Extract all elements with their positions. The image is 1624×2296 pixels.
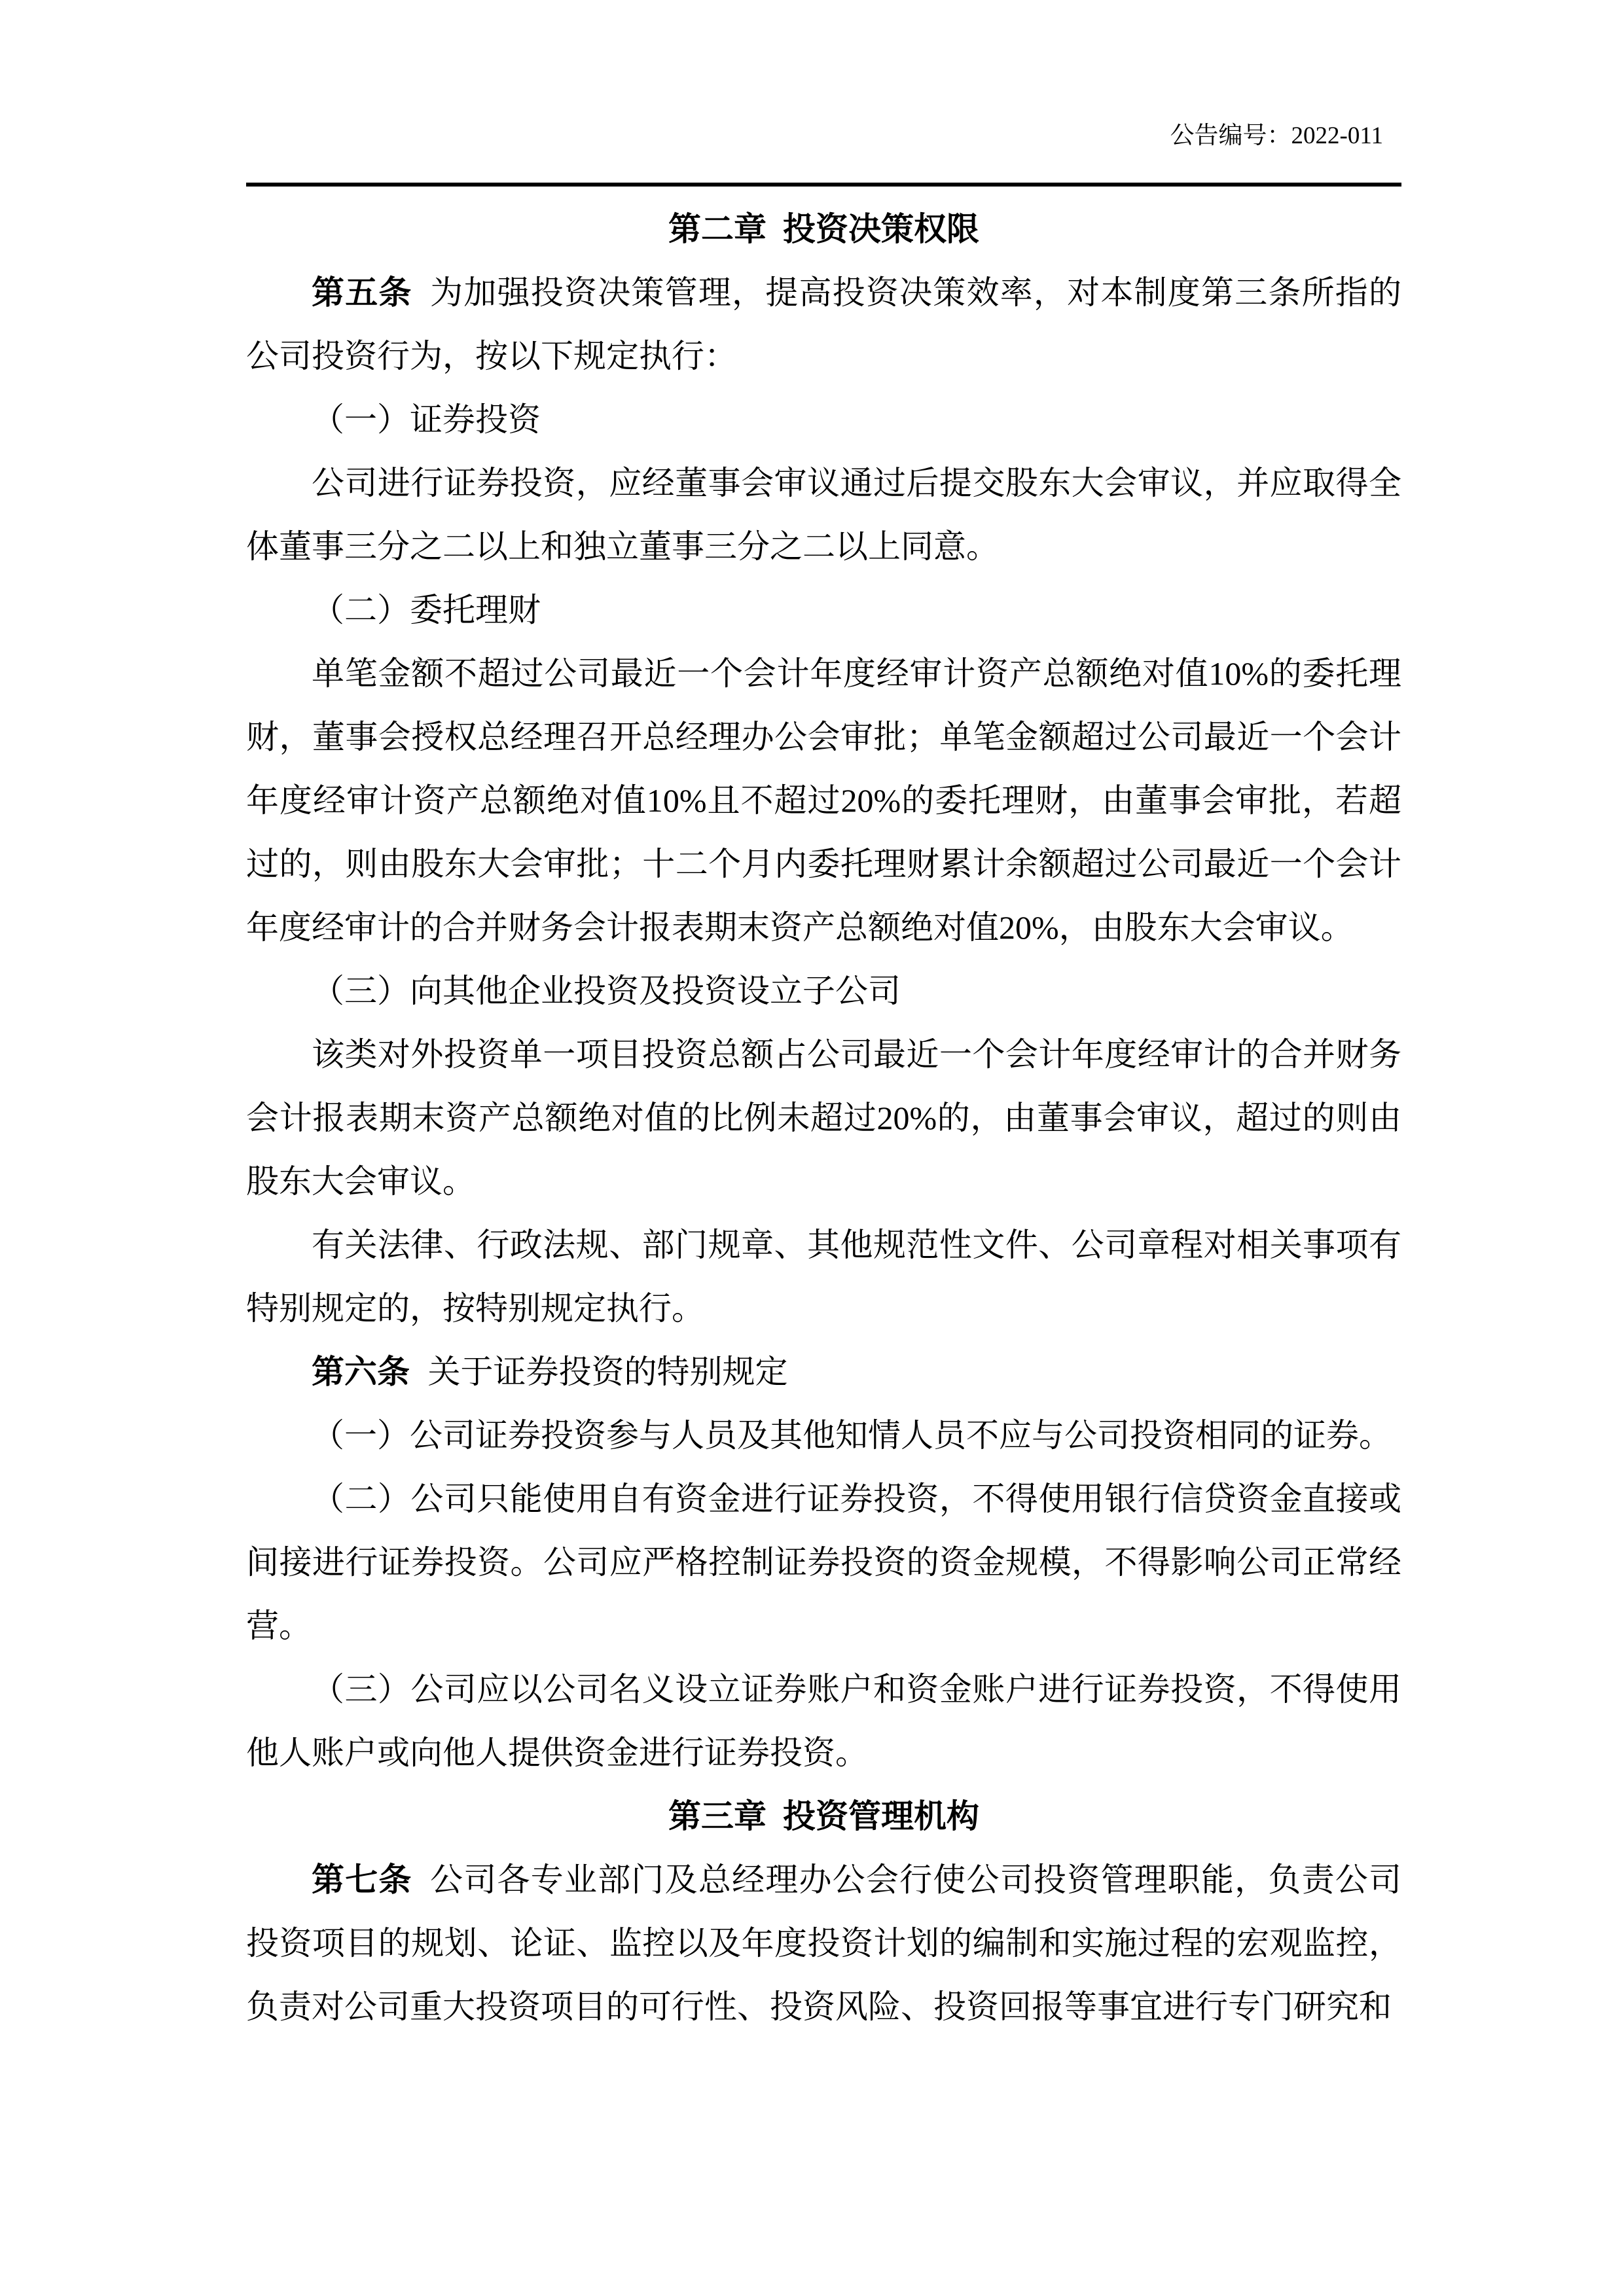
body-paragraph: （二）公司只能使用自有资金进行证券投资，不得使用银行信贷资金直接或间接进行证券投… — [246, 1467, 1401, 1658]
article-clause-7: 第七条公司各专业部门及总经理办公会行使公司投资管理职能，负责公司投资项目的规划、… — [246, 1848, 1401, 2039]
body-paragraph: 有关法律、行政法规、部门规章、其他规范性文件、公司章程对相关事项有特别规定的，按… — [246, 1213, 1401, 1340]
document-page: 公告编号：2022-011 第二章 投资决策权限 第五条为加强投资决策管理，提高… — [0, 0, 1624, 2296]
article-number: 第七条 — [312, 1861, 412, 1898]
body-paragraph: （三）公司应以公司名义设立证券账户和资金账户进行证券投资，不得使用他人账户或向他… — [246, 1658, 1401, 1785]
article-number: 第六条 — [312, 1354, 410, 1390]
document-body: 第二章 投资决策权限 第五条为加强投资决策管理，提高投资决策效率，对本制度第三条… — [246, 198, 1401, 2039]
article-number: 第五条 — [312, 274, 412, 311]
article-text: 关于证券投资的特别规定 — [428, 1354, 788, 1390]
article-text: 公司各专业部门及总经理办公会行使公司投资管理职能，负责公司投资项目的规划、论证、… — [246, 1861, 1401, 2025]
chapter-heading-2: 第二章 投资决策权限 — [246, 198, 1401, 261]
article-text: 为加强投资决策管理，提高投资决策效率，对本制度第三条所指的公司投资行为，按以下规… — [246, 274, 1401, 374]
article-clause-6: 第六条关于证券投资的特别规定 — [246, 1340, 1401, 1404]
body-paragraph: 公司进行证券投资，应经董事会审议通过后提交股东大会审议，并应取得全体董事三分之二… — [246, 452, 1401, 579]
chapter-heading-3: 第三章 投资管理机构 — [246, 1785, 1401, 1848]
body-paragraph: （一）公司证券投资参与人员及其他知情人员不应与公司投资相同的证券。 — [246, 1404, 1401, 1467]
article-clause-5: 第五条为加强投资决策管理，提高投资决策效率，对本制度第三条所指的公司投资行为，按… — [246, 261, 1401, 388]
body-paragraph: 单笔金额不超过公司最近一个会计年度经审计资产总额绝对值10%的委托理财，董事会授… — [246, 642, 1401, 960]
announcement-number: 公告编号：2022-011 — [246, 122, 1383, 151]
list-item-1-securities: （一）证券投资 — [246, 388, 1401, 452]
list-item-3-other-investment: （三）向其他企业投资及投资设立子公司 — [246, 960, 1401, 1023]
body-paragraph: 该类对外投资单一项目投资总额占公司最近一个会计年度经审计的合并财务会计报表期末资… — [246, 1023, 1401, 1213]
list-item-2-entrusted-wealth: （二）委托理财 — [246, 579, 1401, 642]
header-divider-rule — [246, 183, 1401, 187]
